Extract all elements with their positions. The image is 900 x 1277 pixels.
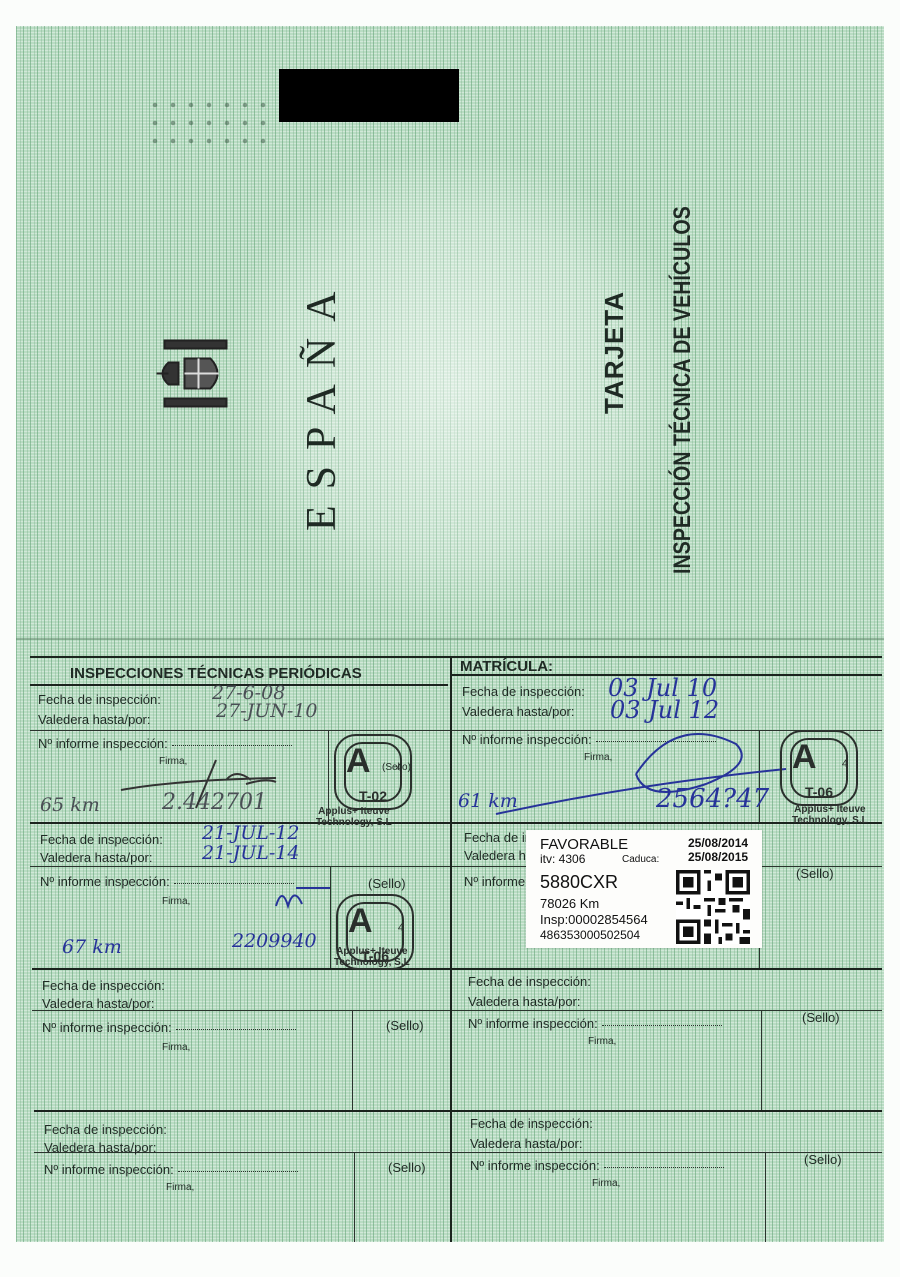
perforated-number bbox=[146, 96, 276, 151]
fecha-label: Fecha de inspección: bbox=[44, 1122, 167, 1137]
rule bbox=[761, 1010, 762, 1110]
firma-label: Firma, bbox=[162, 896, 190, 907]
stamp-caption: Applus+ IteuveTechnology, S.L bbox=[334, 946, 410, 968]
rule bbox=[354, 1152, 355, 1242]
sticker-caduca-label: Caduca: bbox=[622, 854, 659, 865]
sticker-expiry: 25/08/2015 bbox=[688, 850, 748, 864]
sello-label: (Sello) bbox=[368, 876, 406, 891]
valedera-label: Valedera hasta/por: bbox=[38, 712, 151, 727]
informe-label: Nº informe inspección: bbox=[44, 1162, 298, 1177]
valedera-label: Valedera hasta/por: bbox=[470, 1136, 583, 1151]
valedera-value[interactable]: 21-JUL-14 bbox=[202, 842, 299, 864]
sticker-km: 78026 Km bbox=[540, 896, 599, 911]
card-subtitle: INSPECCIÓN TÉCNICA DE VEHÍCULOS bbox=[669, 206, 697, 574]
sticker-insp: Insp:00002854564 bbox=[540, 912, 648, 927]
qr-code-icon[interactable] bbox=[676, 870, 750, 944]
valedera-value[interactable]: 27-JUN-10 bbox=[216, 700, 317, 722]
itv-card: ESPAÑA TARJETA INSPECCIÓN TÉCNICA DE VEH… bbox=[16, 26, 884, 1242]
itv-sticker: FAVORABLE itv: 4306 Caduca: 25/08/2014 2… bbox=[526, 830, 762, 948]
sello-label: (Sello) bbox=[386, 1018, 424, 1033]
fecha-label: Fecha de inspección: bbox=[38, 692, 161, 707]
itv-stamp: A 4 T-06 bbox=[780, 730, 858, 806]
rule bbox=[450, 656, 452, 1242]
rule bbox=[32, 1010, 882, 1011]
coat-of-arms-icon bbox=[156, 331, 238, 416]
sello-label: (Sello) bbox=[804, 1152, 842, 1167]
fecha-value[interactable]: 21-JUL-12 bbox=[202, 822, 299, 844]
rule bbox=[30, 656, 882, 658]
informe-value[interactable]: 2209940 bbox=[232, 930, 317, 952]
firma-label: Firma, bbox=[592, 1178, 620, 1189]
firma-label: Firma, bbox=[162, 1042, 190, 1053]
fold-line bbox=[16, 638, 884, 640]
rule bbox=[34, 1110, 882, 1112]
sello-label: (Sello) bbox=[382, 762, 411, 773]
stamp-caption: Applus+ IteuveTechnology, S.L bbox=[792, 804, 868, 826]
redacted-field bbox=[279, 69, 459, 122]
informe-label: Nº informe inspección: bbox=[40, 874, 294, 889]
valedera-label: Valedera hasta/por: bbox=[468, 994, 581, 1009]
sticker-station: itv: 4306 bbox=[540, 852, 585, 866]
fecha-label: Fecha de inspección: bbox=[462, 684, 585, 699]
country-name: ESPAÑA bbox=[298, 275, 346, 531]
valedera-label: Valedera hasta/por: bbox=[44, 1140, 157, 1155]
fecha-label: Fecha de inspección: bbox=[42, 978, 165, 993]
stamp-caption: Applus+ IteuveTechnology, S.L bbox=[316, 806, 392, 828]
sticker-result: FAVORABLE bbox=[540, 836, 628, 853]
fecha-label: Fecha de inspección: bbox=[40, 832, 163, 847]
signature bbox=[266, 876, 336, 916]
card-cover: ESPAÑA TARJETA INSPECCIÓN TÉCNICA DE VEH… bbox=[16, 26, 884, 638]
rule bbox=[765, 1152, 766, 1242]
informe-label: Nº informe inspección: bbox=[38, 736, 292, 751]
signature bbox=[486, 714, 806, 824]
km-note: 65 km bbox=[40, 794, 100, 816]
sticker-plate: 5880CXR bbox=[540, 872, 618, 893]
sticker-code: 486353000502504 bbox=[540, 928, 640, 942]
firma-label: Firma, bbox=[588, 1036, 616, 1047]
sello-label: (Sello) bbox=[802, 1010, 840, 1025]
fecha-label: Fecha de inspección: bbox=[470, 1116, 593, 1131]
informe-label: Nº informe inspección: bbox=[468, 1016, 722, 1031]
fecha-label: Fecha de inspección: bbox=[468, 974, 591, 989]
informe-label: Nº informe inspección: bbox=[470, 1158, 724, 1173]
firma-label: Firma, bbox=[166, 1182, 194, 1193]
informe-label: Nº informe inspección: bbox=[42, 1020, 296, 1035]
card-title: TARJETA bbox=[599, 291, 630, 414]
km-note: 67 km bbox=[62, 936, 122, 958]
inspection-grid: INSPECCIONES TÉCNICAS PERIÓDICAS MATRÍCU… bbox=[16, 654, 884, 1242]
rule bbox=[32, 968, 882, 970]
sello-label: (Sello) bbox=[796, 866, 834, 881]
valedera-label: Valedera hasta/por: bbox=[40, 850, 153, 865]
rule bbox=[352, 1010, 353, 1110]
plate-label: MATRÍCULA: bbox=[460, 658, 553, 675]
rule bbox=[34, 1152, 882, 1153]
signature bbox=[116, 750, 286, 810]
section-title: INSPECCIONES TÉCNICAS PERIÓDICAS bbox=[70, 665, 362, 682]
valedera-label: Valedera hasta/por: bbox=[42, 996, 155, 1011]
sello-label: (Sello) bbox=[388, 1160, 426, 1175]
sticker-date: 25/08/2014 bbox=[688, 836, 748, 850]
